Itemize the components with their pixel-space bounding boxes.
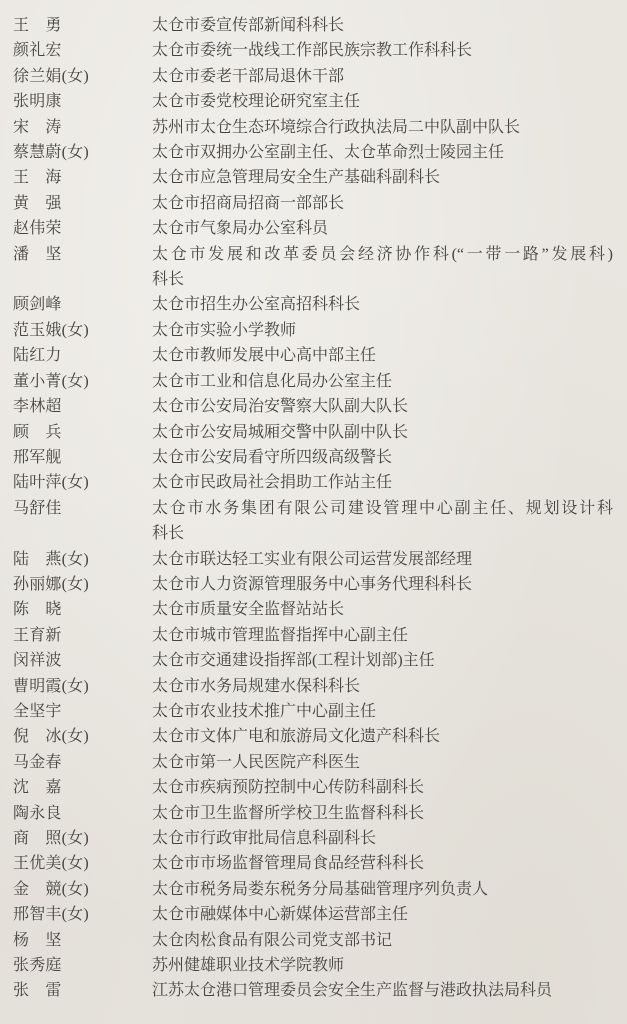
person-title-line: 太仓市应急管理局安全生产基础科副科长 <box>152 165 613 190</box>
person-title-line: 太仓市委老干部局退休干部 <box>152 64 613 89</box>
person-name: 王优美(女) <box>13 851 152 876</box>
person-name: 马金春 <box>13 750 152 775</box>
person-title-line: 太仓市市场监督管理局食品经营科科长 <box>152 851 613 876</box>
person-title: 江苏太仓港口管理委员会安全生产监督与港政执法局科员 <box>152 978 613 1003</box>
person-name: 张明康 <box>13 89 152 114</box>
person-title-line: 太仓市税务局娄东税务分局基础管理序列负责人 <box>152 877 613 902</box>
roster-entry: 徐兰娟(女) 太仓市委老干部局退休干部 <box>13 64 615 89</box>
roster-entry: 全坚宇 太仓市农业技术推广中心副主任 <box>13 699 615 724</box>
person-title-line: 太仓市卫生监督所学校卫生监督科科长 <box>152 801 613 826</box>
person-title: 太仓市税务局娄东税务分局基础管理序列负责人 <box>152 877 613 902</box>
person-name: 张 雷 <box>13 978 152 1003</box>
person-name: 孙丽娜(女) <box>13 572 152 597</box>
roster-entry: 沈 嘉 太仓市疾病预防控制中心传防科副科长 <box>13 775 615 800</box>
person-title-line: 太仓市水务集团有限公司建设管理中心副主任、规划设计科 <box>152 496 613 521</box>
person-title-line: 太仓市委宣传部新闻科科长 <box>152 13 613 38</box>
roster-entry: 王 海 太仓市应急管理局安全生产基础科副科长 <box>13 165 615 190</box>
person-title: 太仓市委党校理论研究室主任 <box>152 89 613 114</box>
roster-entry: 陶永良 太仓市卫生监督所学校卫生监督科科长 <box>13 801 615 826</box>
person-title: 太仓市气象局办公室科员 <box>152 216 613 241</box>
person-name: 马舒佳 <box>13 496 152 521</box>
person-title-line: 太仓市人力资源管理服务中心事务代理科科长 <box>152 572 613 597</box>
person-name: 曹明霞(女) <box>13 674 152 699</box>
roster-entry: 王育新 太仓市城市管理监督指挥中心副主任 <box>13 623 615 648</box>
person-title: 太仓市实验小学教师 <box>152 318 613 343</box>
roster-entry: 张明康 太仓市委党校理论研究室主任 <box>13 89 615 114</box>
roster-entry: 王优美(女) 太仓市市场监督管理局食品经营科科长 <box>13 851 615 876</box>
person-title: 太仓市卫生监督所学校卫生监督科科长 <box>152 801 613 826</box>
roster-entry: 董小菁(女) 太仓市工业和信息化局办公室主任 <box>13 369 615 394</box>
person-title: 太仓市农业技术推广中心副主任 <box>152 699 613 724</box>
person-name: 黄 强 <box>13 191 152 216</box>
person-title: 太仓市疾病预防控制中心传防科副科长 <box>152 775 613 800</box>
person-title-line: 科长 <box>152 267 613 292</box>
person-name: 顾 兵 <box>13 420 152 445</box>
person-name: 陈 晓 <box>13 597 152 622</box>
roster-entry: 颜礼宏 太仓市委统一战线工作部民族宗教工作科科长 <box>13 38 615 63</box>
person-name: 张秀庭 <box>13 953 152 978</box>
person-name: 陆红力 <box>13 343 152 368</box>
person-title-line: 太仓市双拥办公室副主任、太仓革命烈士陵园主任 <box>152 140 613 165</box>
person-name: 董小菁(女) <box>13 369 152 394</box>
person-title-line: 太仓市公安局治安警察大队副大队长 <box>152 394 613 419</box>
person-name: 王 海 <box>13 165 152 190</box>
person-title-line: 太仓市发展和改革委员会经济协作科(“一带一路”发展科) <box>152 242 613 267</box>
person-title-line: 苏州市太仓生态环境综合行政执法局二中队副中队长 <box>152 115 613 140</box>
person-title-line: 科长 <box>152 521 613 546</box>
person-name: 邢智丰(女) <box>13 902 152 927</box>
person-name: 商 照(女) <box>13 826 152 851</box>
roster-entry: 马金春 太仓市第一人民医院产科医生 <box>13 750 615 775</box>
person-title: 太仓市发展和改革委员会经济协作科(“一带一路”发展科)科长 <box>152 242 613 293</box>
roster-entry: 杨 坚 太仓肉松食品有限公司党支部书记 <box>13 928 615 953</box>
person-title-line: 太仓肉松食品有限公司党支部书记 <box>152 928 613 953</box>
roster-entry: 张秀庭 苏州健雄职业技术学院教师 <box>13 953 615 978</box>
person-title-line: 太仓市公安局城厢交警中队副中队长 <box>152 420 613 445</box>
person-title: 太仓市第一人民医院产科医生 <box>152 750 613 775</box>
roster-entry: 商 照(女) 太仓市行政审批局信息科副科长 <box>13 826 615 851</box>
person-name: 倪 冰(女) <box>13 724 152 749</box>
person-title-line: 苏州健雄职业技术学院教师 <box>152 953 613 978</box>
person-title-line: 太仓市融媒体中心新媒体运营部主任 <box>152 902 613 927</box>
roster-entry: 黄 强 太仓市招商局招商一部部长 <box>13 191 615 216</box>
person-name: 顾剑峰 <box>13 292 152 317</box>
roster-entry: 陆红力 太仓市教师发展中心高中部主任 <box>13 343 615 368</box>
person-title-line: 太仓市水务局规建水保科科长 <box>152 674 613 699</box>
person-title: 太仓市公安局城厢交警中队副中队长 <box>152 420 613 445</box>
roster-entry: 王 勇 太仓市委宣传部新闻科科长 <box>13 13 615 38</box>
person-title: 太仓市市场监督管理局食品经营科科长 <box>152 851 613 876</box>
person-title-line: 太仓市气象局办公室科员 <box>152 216 613 241</box>
person-title: 太仓市文体广电和旅游局文化遗产科科长 <box>152 724 613 749</box>
person-title: 太仓市质量安全监督站站长 <box>152 597 613 622</box>
person-title-line: 太仓市民政局社会捐助工作站主任 <box>152 470 613 495</box>
person-name: 陶永良 <box>13 801 152 826</box>
person-name: 宋 涛 <box>13 115 152 140</box>
roster-entry: 李林超 太仓市公安局治安警察大队副大队长 <box>13 394 615 419</box>
person-title-line: 太仓市招商局招商一部部长 <box>152 191 613 216</box>
person-title: 太仓市行政审批局信息科副科长 <box>152 826 613 851</box>
person-title: 太仓市公安局治安警察大队副大队长 <box>152 394 613 419</box>
person-title: 太仓市水务局规建水保科科长 <box>152 674 613 699</box>
roster-entry: 陆 燕(女) 太仓市联达轻工实业有限公司运营发展部经理 <box>13 547 615 572</box>
person-title: 太仓市招生办公室高招科科长 <box>152 292 613 317</box>
roster-entry: 金 競(女) 太仓市税务局娄东税务分局基础管理序列负责人 <box>13 877 615 902</box>
person-title: 太仓市教师发展中心高中部主任 <box>152 343 613 368</box>
person-title: 太仓市招商局招商一部部长 <box>152 191 613 216</box>
person-title-line: 江苏太仓港口管理委员会安全生产监督与港政执法局科员 <box>152 978 613 1003</box>
person-name: 王 勇 <box>13 13 152 38</box>
person-title-line: 太仓市招生办公室高招科科长 <box>152 292 613 317</box>
person-title-line: 太仓市城市管理监督指挥中心副主任 <box>152 623 613 648</box>
person-name: 全坚宇 <box>13 699 152 724</box>
person-name: 杨 坚 <box>13 928 152 953</box>
person-title: 太仓市城市管理监督指挥中心副主任 <box>152 623 613 648</box>
roster-entry: 范玉娥(女) 太仓市实验小学教师 <box>13 318 615 343</box>
person-title-line: 太仓市行政审批局信息科副科长 <box>152 826 613 851</box>
person-name: 范玉娥(女) <box>13 318 152 343</box>
roster-entry: 宋 涛 苏州市太仓生态环境综合行政执法局二中队副中队长 <box>13 115 615 140</box>
person-title: 太仓市人力资源管理服务中心事务代理科科长 <box>152 572 613 597</box>
person-title: 太仓市应急管理局安全生产基础科副科长 <box>152 165 613 190</box>
person-title-line: 太仓市文体广电和旅游局文化遗产科科长 <box>152 724 613 749</box>
person-name: 潘 坚 <box>13 242 152 267</box>
person-name: 邢军舰 <box>13 445 152 470</box>
roster-entry: 闵祥波 太仓市交通建设指挥部(工程计划部)主任 <box>13 648 615 673</box>
person-name: 李林超 <box>13 394 152 419</box>
person-title-line: 太仓市实验小学教师 <box>152 318 613 343</box>
roster-entry: 邢军舰 太仓市公安局看守所四级高级警长 <box>13 445 615 470</box>
person-name: 颜礼宏 <box>13 38 152 63</box>
person-name: 沈 嘉 <box>13 775 152 800</box>
person-title: 太仓市委宣传部新闻科科长 <box>152 13 613 38</box>
person-title: 太仓市联达轻工实业有限公司运营发展部经理 <box>152 547 613 572</box>
roster-entry: 赵伟荣 太仓市气象局办公室科员 <box>13 216 615 241</box>
person-name: 王育新 <box>13 623 152 648</box>
person-title-line: 太仓市质量安全监督站站长 <box>152 597 613 622</box>
roster-entry: 蔡慧蔚(女) 太仓市双拥办公室副主任、太仓革命烈士陵园主任 <box>13 140 615 165</box>
person-title-line: 太仓市委党校理论研究室主任 <box>152 89 613 114</box>
roster-entry: 潘 坚 太仓市发展和改革委员会经济协作科(“一带一路”发展科)科长 <box>13 242 615 293</box>
person-name: 金 競(女) <box>13 877 152 902</box>
roster-list: 王 勇 太仓市委宣传部新闻科科长 颜礼宏 太仓市委统一战线工作部民族宗教工作科科… <box>13 13 615 1004</box>
person-name: 陆 燕(女) <box>13 547 152 572</box>
person-title-line: 太仓市教师发展中心高中部主任 <box>152 343 613 368</box>
person-title: 太仓市融媒体中心新媒体运营部主任 <box>152 902 613 927</box>
person-title: 太仓市公安局看守所四级高级警长 <box>152 445 613 470</box>
person-title-line: 太仓市第一人民医院产科医生 <box>152 750 613 775</box>
person-title-line: 太仓市疾病预防控制中心传防科副科长 <box>152 775 613 800</box>
person-title-line: 太仓市委统一战线工作部民族宗教工作科科长 <box>152 38 613 63</box>
person-title-line: 太仓市联达轻工实业有限公司运营发展部经理 <box>152 547 613 572</box>
person-title: 苏州市太仓生态环境综合行政执法局二中队副中队长 <box>152 115 613 140</box>
person-title-line: 太仓市工业和信息化局办公室主任 <box>152 369 613 394</box>
person-title: 太仓市水务集团有限公司建设管理中心副主任、规划设计科科长 <box>152 496 613 547</box>
roster-entry: 邢智丰(女) 太仓市融媒体中心新媒体运营部主任 <box>13 902 615 927</box>
document-page: 王 勇 太仓市委宣传部新闻科科长 颜礼宏 太仓市委统一战线工作部民族宗教工作科科… <box>0 0 627 1024</box>
person-title: 太仓市委统一战线工作部民族宗教工作科科长 <box>152 38 613 63</box>
person-name: 陆叶萍(女) <box>13 470 152 495</box>
person-title: 太仓市双拥办公室副主任、太仓革命烈士陵园主任 <box>152 140 613 165</box>
roster-entry: 顾 兵 太仓市公安局城厢交警中队副中队长 <box>13 420 615 445</box>
person-title-line: 太仓市交通建设指挥部(工程计划部)主任 <box>152 648 613 673</box>
person-name: 蔡慧蔚(女) <box>13 140 152 165</box>
roster-entry: 马舒佳 太仓市水务集团有限公司建设管理中心副主任、规划设计科科长 <box>13 496 615 547</box>
person-title-line: 太仓市农业技术推广中心副主任 <box>152 699 613 724</box>
person-title: 苏州健雄职业技术学院教师 <box>152 953 613 978</box>
roster-entry: 孙丽娜(女) 太仓市人力资源管理服务中心事务代理科科长 <box>13 572 615 597</box>
person-name: 徐兰娟(女) <box>13 64 152 89</box>
person-title: 太仓市工业和信息化局办公室主任 <box>152 369 613 394</box>
roster-entry: 顾剑峰 太仓市招生办公室高招科科长 <box>13 292 615 317</box>
person-title: 太仓市民政局社会捐助工作站主任 <box>152 470 613 495</box>
roster-entry: 张 雷 江苏太仓港口管理委员会安全生产监督与港政执法局科员 <box>13 978 615 1003</box>
person-name: 闵祥波 <box>13 648 152 673</box>
roster-entry: 陆叶萍(女) 太仓市民政局社会捐助工作站主任 <box>13 470 615 495</box>
person-title-line: 太仓市公安局看守所四级高级警长 <box>152 445 613 470</box>
roster-entry: 曹明霞(女) 太仓市水务局规建水保科科长 <box>13 674 615 699</box>
roster-entry: 陈 晓 太仓市质量安全监督站站长 <box>13 597 615 622</box>
person-title: 太仓市交通建设指挥部(工程计划部)主任 <box>152 648 613 673</box>
person-title: 太仓市委老干部局退休干部 <box>152 64 613 89</box>
roster-entry: 倪 冰(女) 太仓市文体广电和旅游局文化遗产科科长 <box>13 724 615 749</box>
person-title: 太仓肉松食品有限公司党支部书记 <box>152 928 613 953</box>
person-name: 赵伟荣 <box>13 216 152 241</box>
